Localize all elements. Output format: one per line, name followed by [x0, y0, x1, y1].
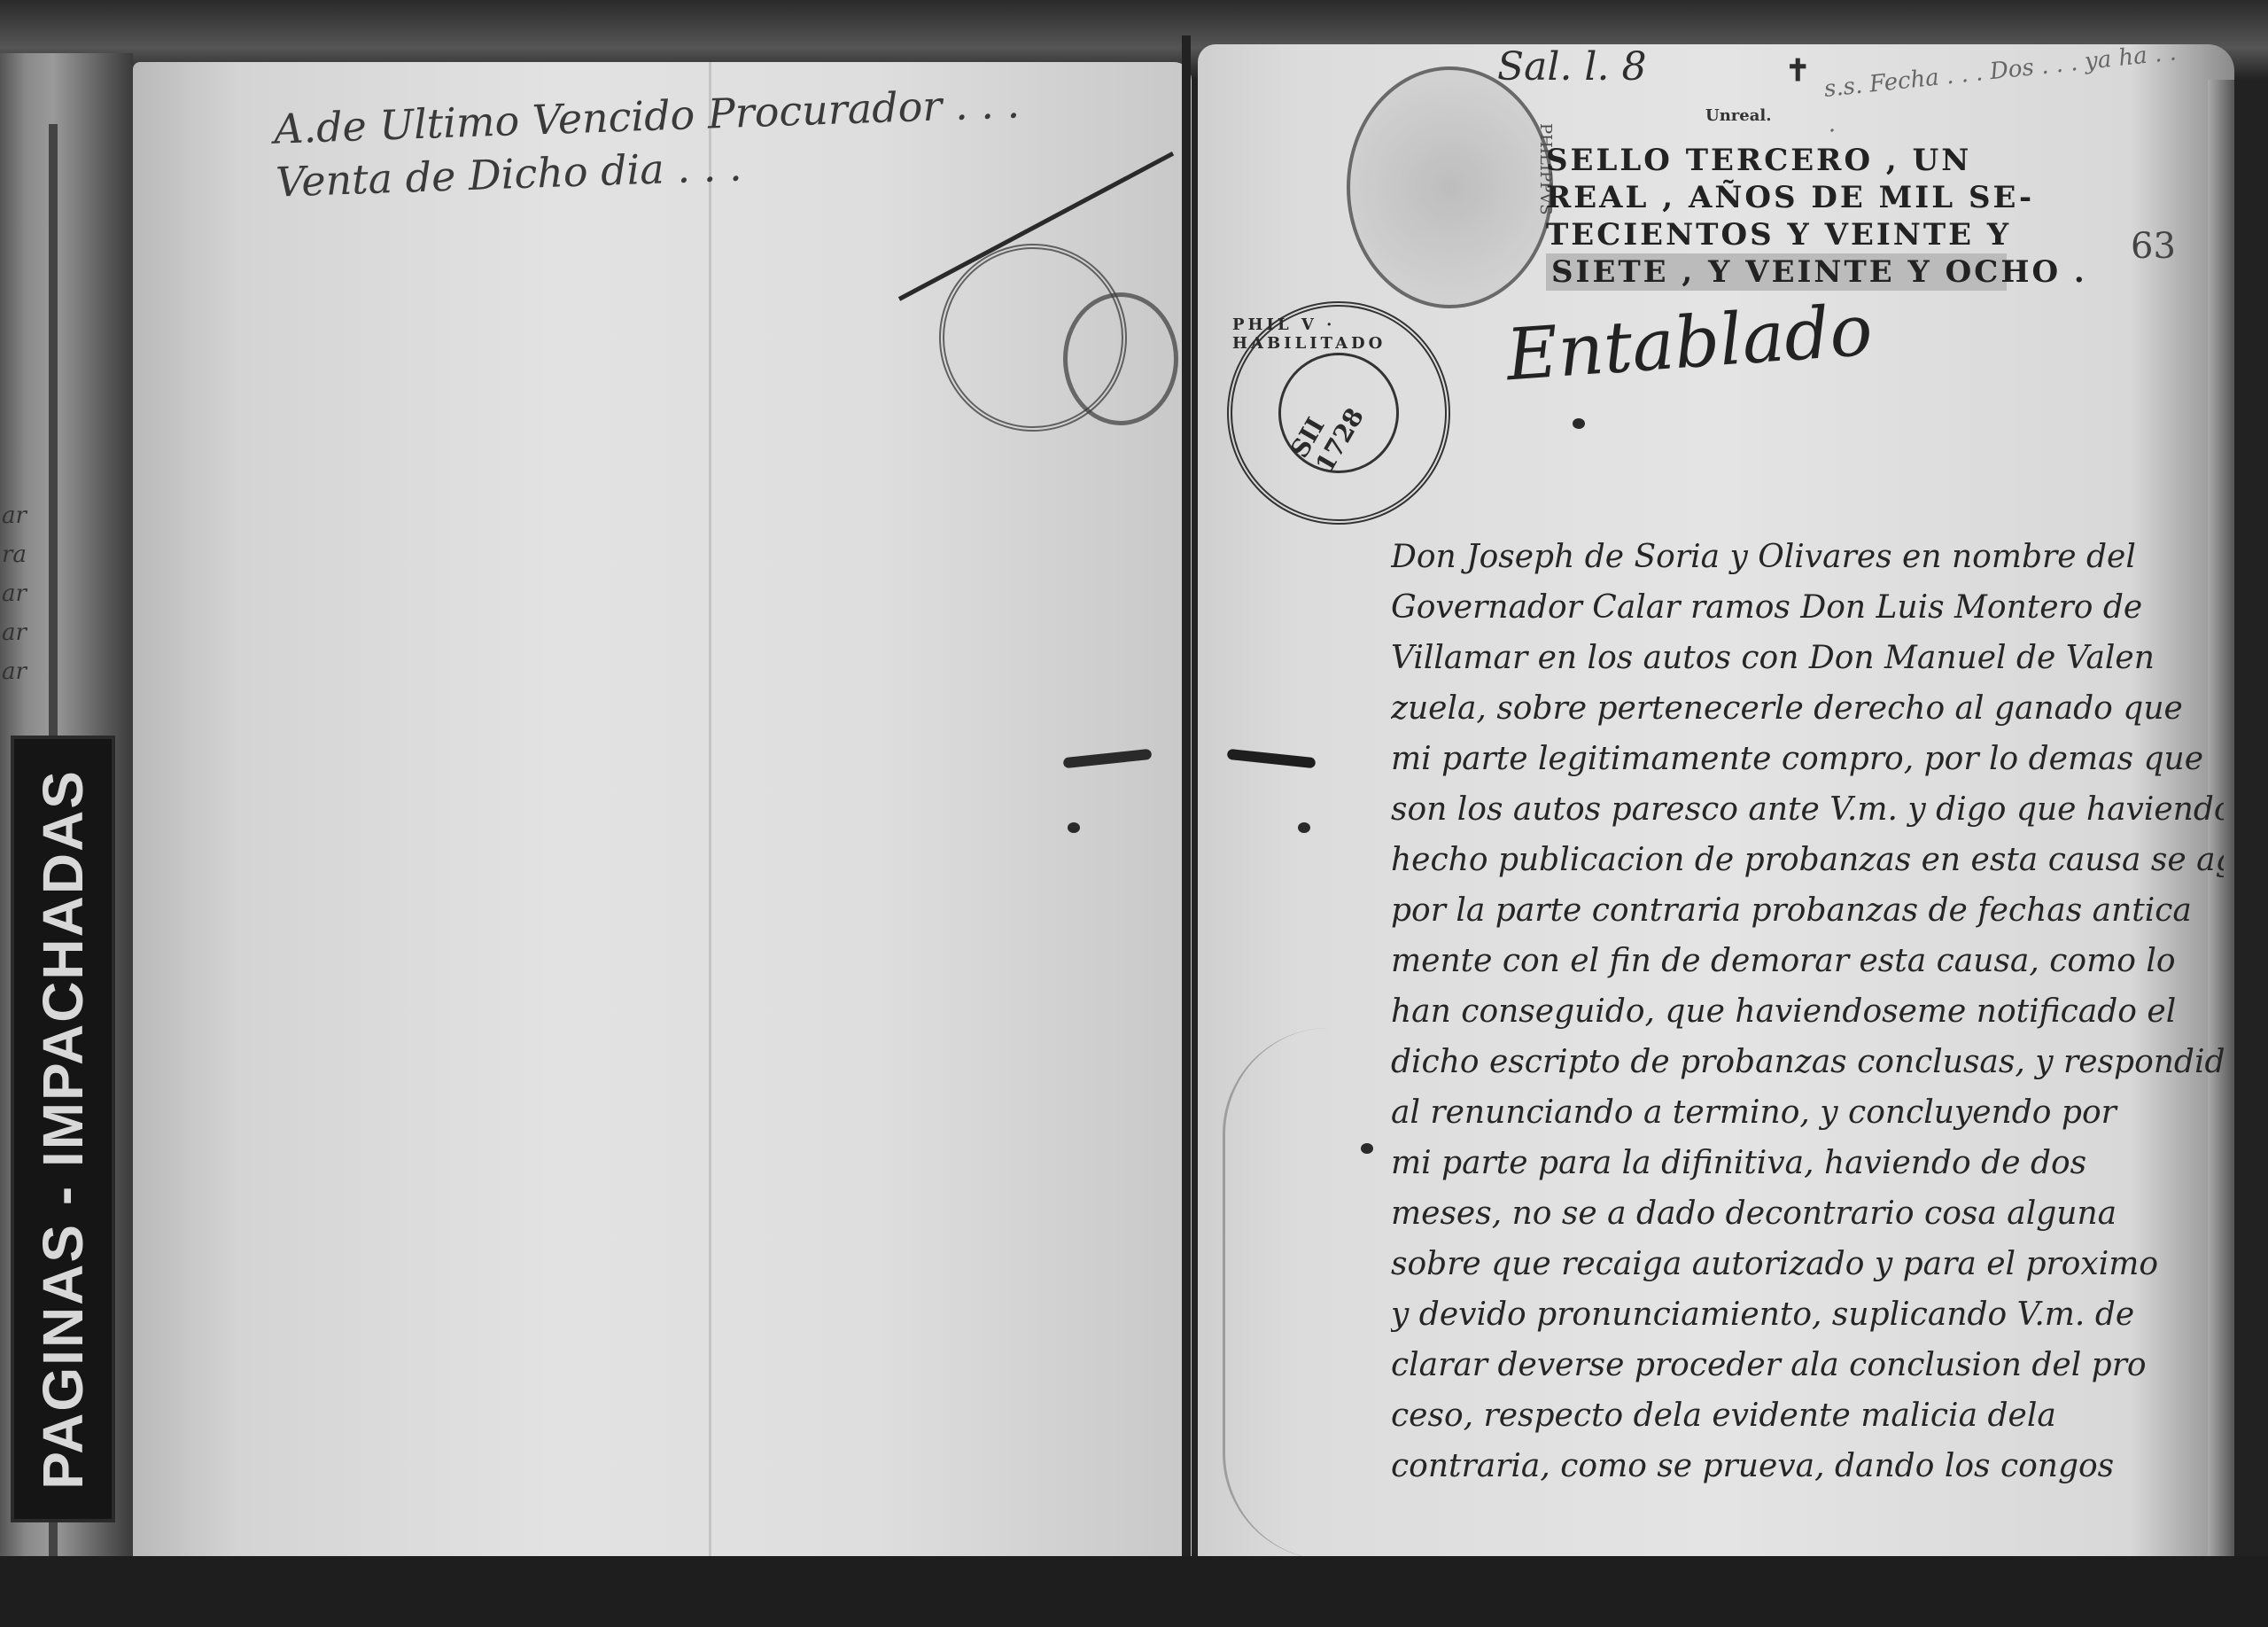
- ink-dot-mark: [1298, 822, 1310, 833]
- text-line: clarar deverse proceder ala conclusion d…: [1391, 1340, 2224, 1390]
- cross-icon: ✝: [1785, 53, 1811, 89]
- text-line: Governador Calar ramos Don Luis Montero …: [1391, 582, 2224, 633]
- text-line: Villamar en los autos con Don Manuel de …: [1391, 633, 2224, 683]
- stamp-line: TECIENTOS Y VEINTE Y: [1546, 216, 2007, 253]
- margin-note: ar: [2, 652, 55, 691]
- unreal-label: Unreal.: [1705, 106, 1772, 125]
- margin-note: ra: [2, 535, 55, 574]
- page-fold-line: [709, 62, 711, 1586]
- scan-background: ar ra ar ar ar PAGINAS - IMPACHADAS A.de…: [0, 0, 2268, 1627]
- text-line: contraria, como se prueva, dando los con…: [1391, 1441, 2224, 1491]
- margin-note: ar: [2, 613, 55, 652]
- text-line: zuela, sobre pertenecerle derecho al gan…: [1391, 683, 2224, 734]
- habilitado-seal-icon: PHIL V · HABILITADO SII 1728: [1227, 301, 1450, 525]
- text-line: ceso, respecto dela evidente malicia del…: [1391, 1390, 2224, 1441]
- spine-label-text: PAGINAS - IMPACHADAS: [30, 769, 96, 1490]
- text-line: han conseguido, que haviendoseme notific…: [1391, 986, 2224, 1037]
- bottom-edge-shadow: [0, 1556, 2268, 1627]
- bleed-through-seal-icon: [1063, 292, 1178, 425]
- stamp-line: SELLO TERCERO , UN: [1546, 142, 2007, 179]
- text-line: son los autos paresco ante V.m. y digo q…: [1391, 784, 2224, 835]
- text-line: por la parte contraria probanzas de fech…: [1391, 885, 2224, 936]
- manuscript-body: Don Joseph de Soria y Olivares en nombre…: [1391, 532, 2224, 1491]
- book-gutter: [1182, 35, 1191, 1595]
- text-line: al renunciando a termino, y concluyendo …: [1391, 1087, 2224, 1138]
- folio-reference: Sal. l. 8: [1497, 44, 1646, 90]
- royal-seal-icon: PHILIPPVS: [1347, 66, 1553, 308]
- left-margin-notes: ar ra ar ar ar: [2, 496, 55, 691]
- folio-number: 63: [2131, 226, 2176, 267]
- ink-dot-mark: [1068, 822, 1080, 833]
- stamped-paper-heading: SELLO TERCERO , UN REAL , AÑOS DE MIL SE…: [1546, 142, 2007, 291]
- margin-note: ar: [2, 496, 55, 535]
- margin-note: ar: [2, 574, 55, 613]
- text-line: dicho escripto de probanzas conclusas, y…: [1391, 1037, 2224, 1087]
- text-line: mi parte para la difinitiva, haviendo de…: [1391, 1138, 2224, 1188]
- spine-label: PAGINAS - IMPACHADAS: [11, 736, 115, 1522]
- text-line: mente con el fin de demorar esta causa, …: [1391, 936, 2224, 986]
- text-line: mi parte legitimamente compro, por lo de…: [1391, 734, 2224, 784]
- text-line: meses, no se a dado decontrario cosa alg…: [1391, 1188, 2224, 1239]
- stamp-line: REAL , AÑOS DE MIL SE-: [1546, 179, 2007, 216]
- text-line: sobre que recaiga autorizado y para el p…: [1391, 1239, 2224, 1289]
- text-line: hecho publicacion de probanzas en esta c…: [1391, 835, 2224, 885]
- ink-dot-mark: [1573, 418, 1585, 429]
- text-line: y devido pronunciamiento, suplicando V.m…: [1391, 1289, 2224, 1340]
- stamp-line: SIETE , Y VEINTE Y OCHO .: [1546, 253, 2007, 291]
- text-line: Don Joseph de Soria y Olivares en nombre…: [1391, 532, 2224, 582]
